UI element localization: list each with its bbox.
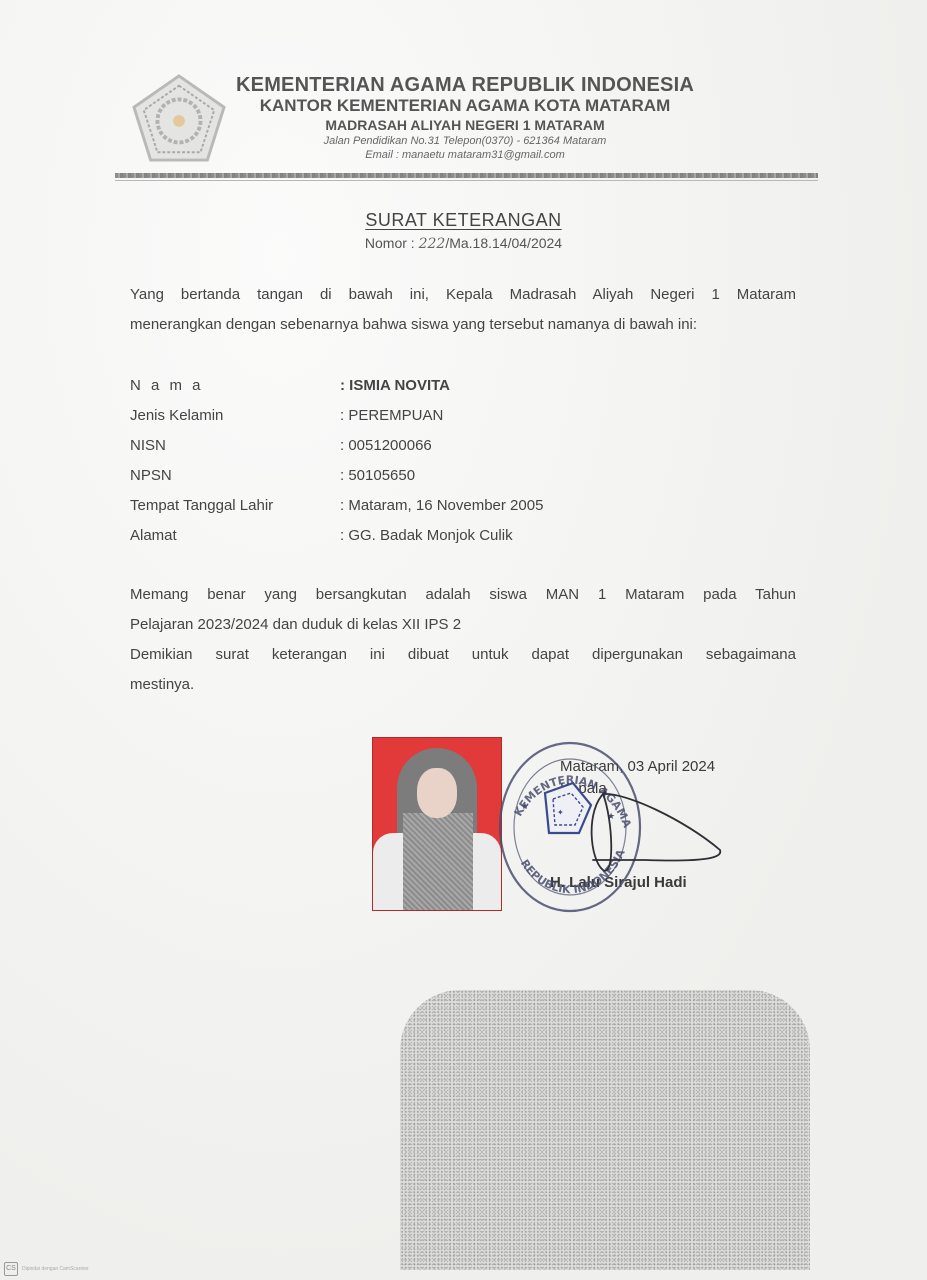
- signature-scribble-icon: [585, 780, 725, 880]
- document-number-suffix: /Ma.18.14/04/2024: [445, 235, 562, 251]
- document-title: SURAT KETERANGAN: [365, 210, 561, 231]
- data-row-ttl: Tempat Tanggal Lahir : Mataram, 16 Novem…: [130, 490, 543, 520]
- letterhead-office: KANTOR KEMENTERIAN AGAMA KOTA MATARAM: [230, 96, 700, 116]
- data-label: Alamat: [130, 527, 340, 544]
- intro-paragraph: Yang bertanda tangan di bawah ini, Kepal…: [130, 280, 796, 340]
- svg-text:✦: ✦: [557, 808, 564, 817]
- data-label: Jenis Kelamin: [130, 407, 340, 424]
- letterhead-address: Jalan Pendidikan No.31 Telepon(0370) - 6…: [230, 134, 700, 148]
- letterhead-divider-thin: [115, 180, 818, 181]
- data-value: : ISMIA NOVITA: [340, 377, 450, 394]
- letterhead: KEMENTERIAN AGAMA REPUBLIK INDONESIA KAN…: [230, 74, 700, 162]
- data-row-nisn: NISN : 0051200066: [130, 430, 543, 460]
- svg-text:★: ★: [521, 801, 529, 811]
- data-row-alamat: Alamat : GG. Badak Monjok Culik: [130, 520, 543, 550]
- letterhead-email: Email : manaetu mataram31@gmail.com: [230, 148, 700, 162]
- data-value: : PEREMPUAN: [340, 407, 443, 424]
- statement-line-3: Demikian surat keterangan ini dibuat unt…: [130, 640, 796, 670]
- data-value: : 50105650: [340, 467, 415, 484]
- data-label: NISN: [130, 437, 340, 454]
- data-value: : Mataram, 16 November 2005: [340, 497, 543, 514]
- data-row-npsn: NPSN : 50105650: [130, 460, 543, 490]
- statement-paragraph: Memang benar yang bersangkutan adalah si…: [130, 580, 796, 700]
- data-row-jenis-kelamin: Jenis Kelamin : PEREMPUAN: [130, 400, 543, 430]
- scan-noise-area: [400, 990, 810, 1270]
- data-label: N a m a: [130, 377, 340, 394]
- document-number-handwritten: 222: [419, 236, 446, 252]
- statement-line-1: Memang benar yang bersangkutan adalah si…: [130, 580, 796, 610]
- letterhead-ministry: KEMENTERIAN AGAMA REPUBLIK INDONESIA: [230, 74, 700, 96]
- document-page: KEMENTERIAN AGAMA REPUBLIK INDONESIA KAN…: [0, 0, 927, 1280]
- statement-line-4: mestinya.: [130, 670, 796, 700]
- letterhead-school: MADRASAH ALIYAH NEGERI 1 MATARAM: [230, 116, 700, 134]
- document-number-prefix: Nomor :: [365, 235, 419, 251]
- student-data-table: N a m a : ISMIA NOVITA Jenis Kelamin : P…: [130, 370, 543, 550]
- data-label: Tempat Tanggal Lahir: [130, 497, 340, 514]
- data-value: : 0051200066: [340, 437, 432, 454]
- watermark-text: Dipindai dengan CamScanner: [22, 1266, 89, 1272]
- title-block: SURAT KETERANGAN Nomor : 222/Ma.18.14/04…: [0, 210, 927, 252]
- document-number: Nomor : 222/Ma.18.14/04/2024: [0, 235, 927, 252]
- intro-line-2: menerangkan dengan sebenarnya bahwa sisw…: [130, 310, 796, 340]
- intro-line-1: Yang bertanda tangan di bawah ini, Kepal…: [130, 280, 796, 310]
- data-label: NPSN: [130, 467, 340, 484]
- camscanner-logo-icon: CS: [4, 1262, 18, 1276]
- student-photo: [372, 737, 502, 911]
- scanner-watermark: CS Dipindai dengan CamScanner: [4, 1262, 89, 1276]
- statement-line-2: Pelajaran 2023/2024 dan duduk di kelas X…: [130, 610, 796, 640]
- data-value: : GG. Badak Monjok Culik: [340, 527, 513, 544]
- ministry-emblem-icon: [130, 72, 228, 164]
- data-row-nama: N a m a : ISMIA NOVITA: [130, 370, 543, 400]
- letterhead-divider: [115, 173, 818, 178]
